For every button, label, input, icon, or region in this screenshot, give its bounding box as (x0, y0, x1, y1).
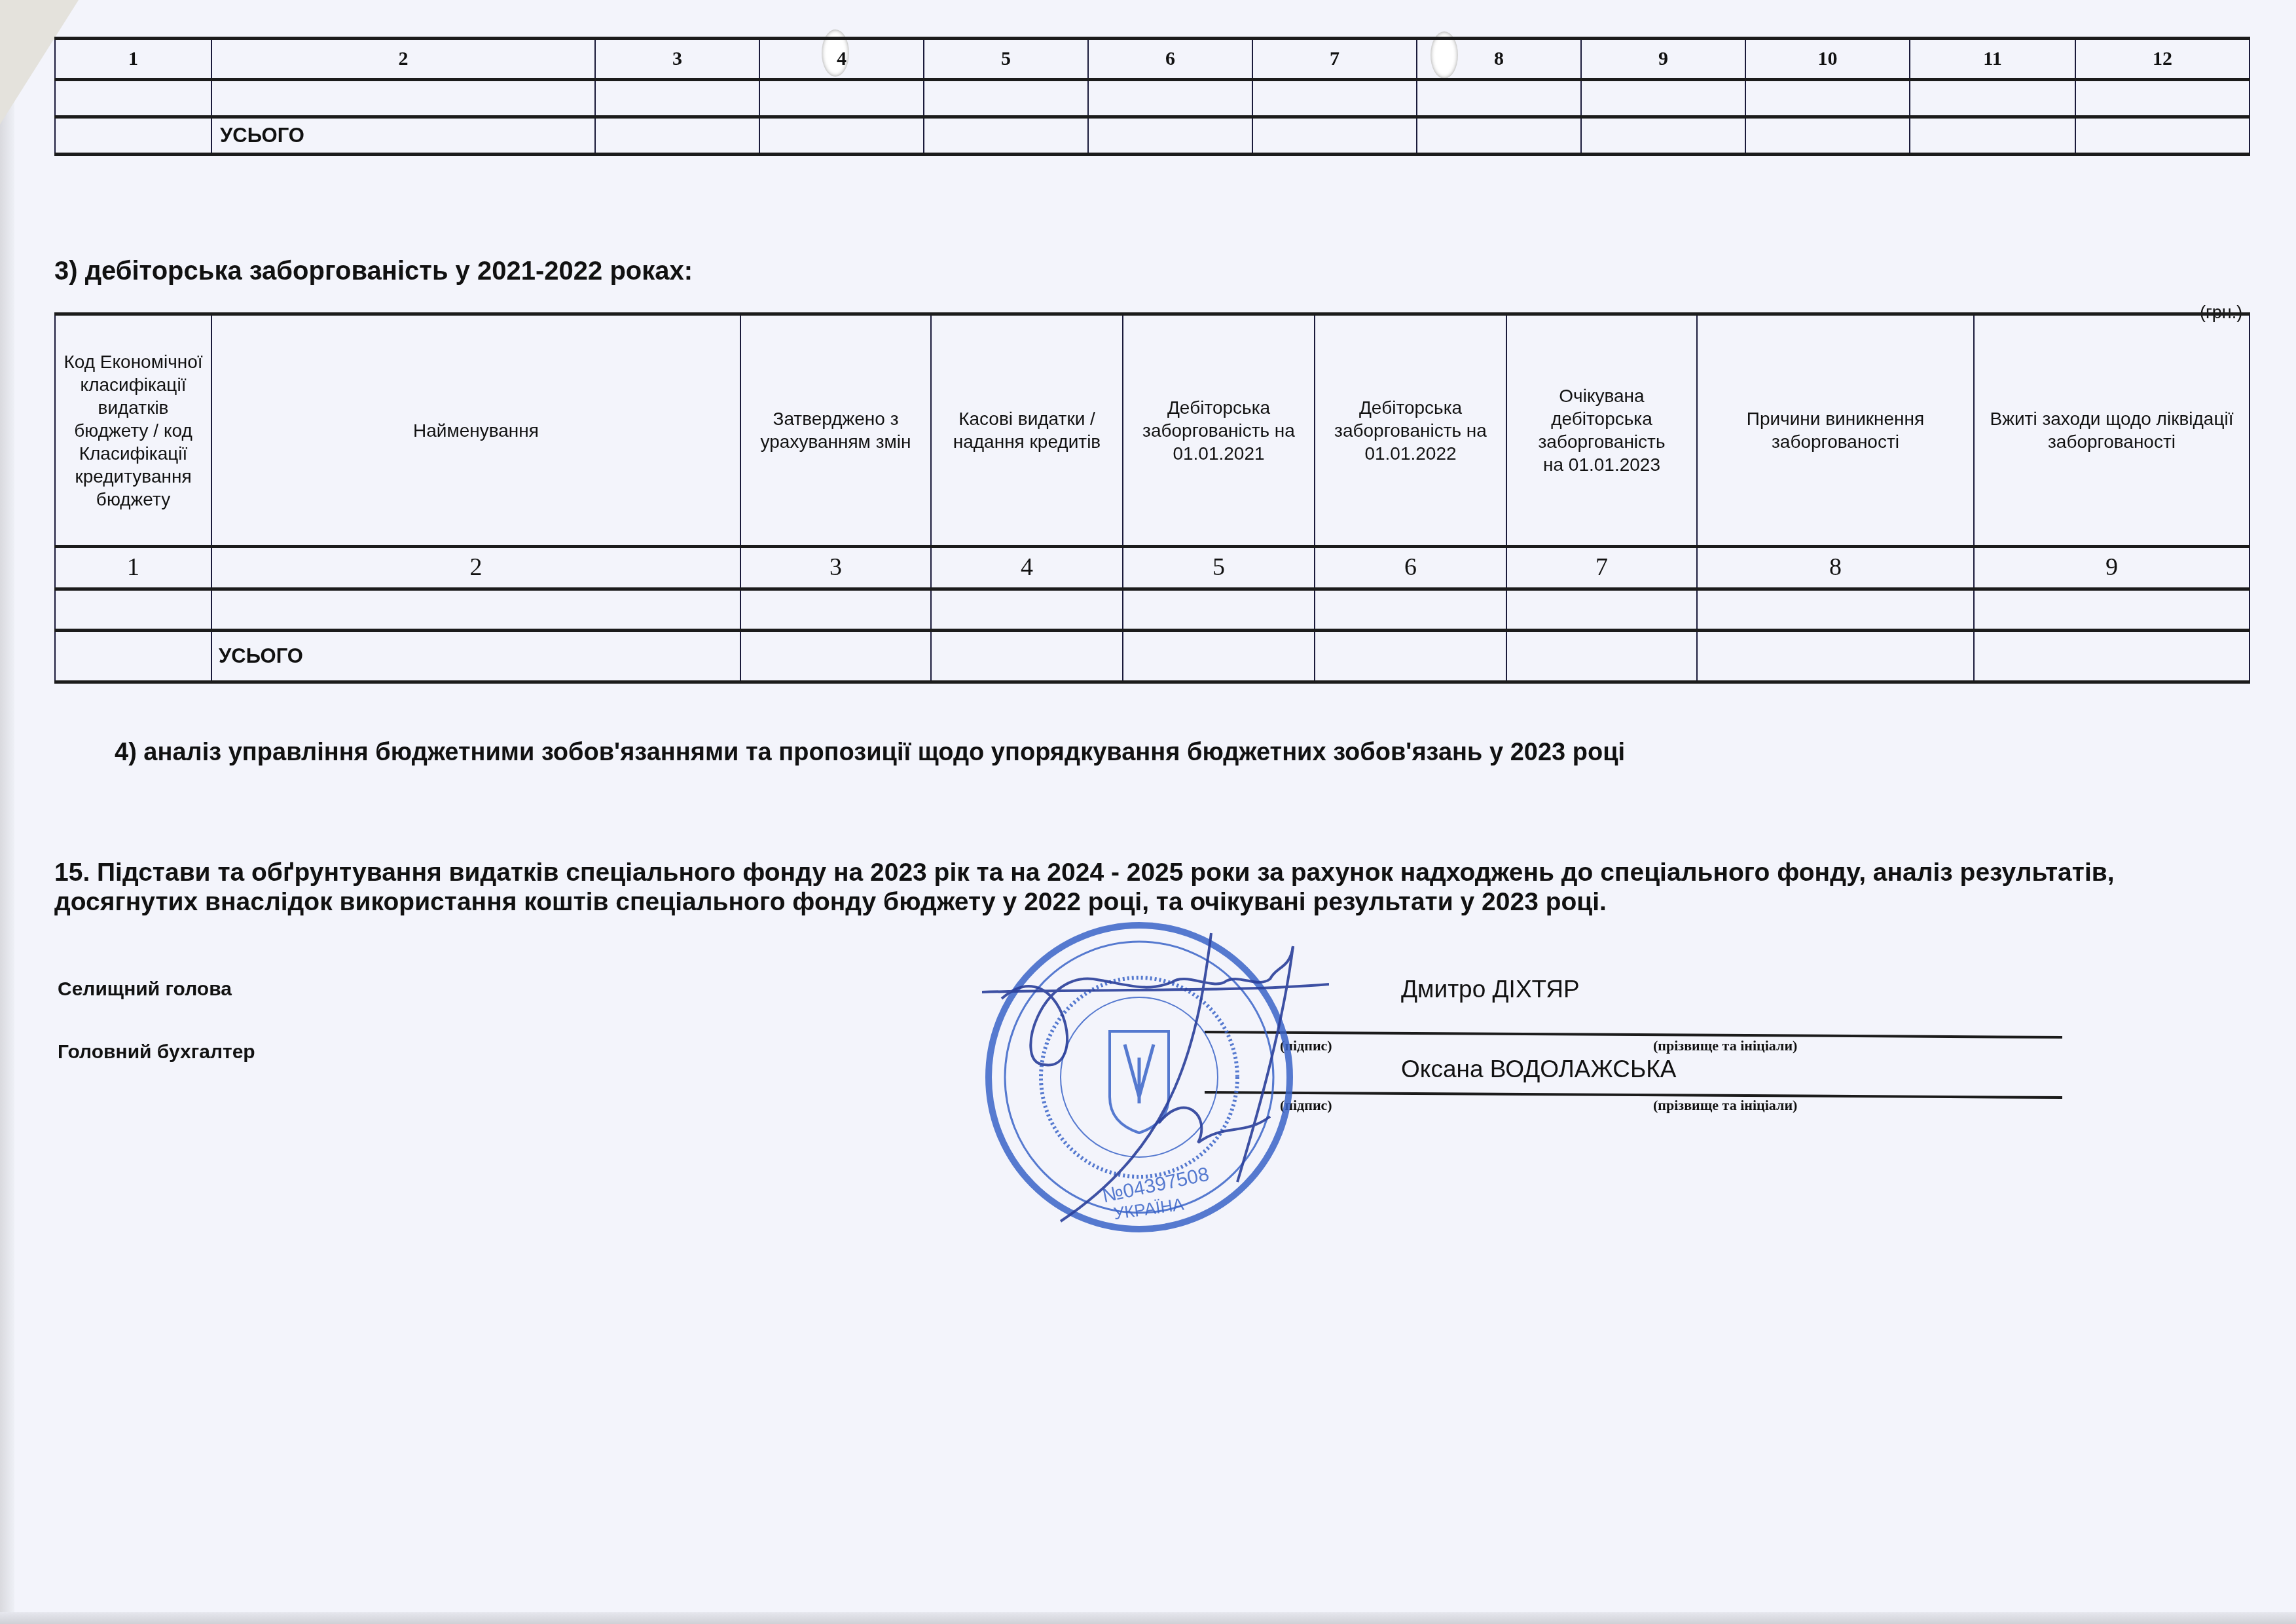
page-edge (0, 0, 14, 1624)
table-cell (1315, 631, 1506, 682)
table-cell (931, 631, 1123, 682)
signatory-name-head: Дмитро ДІХТЯР (1401, 976, 1580, 1003)
table-cell (211, 80, 595, 117)
table-header: Код Економічної класифікації видатків бю… (55, 314, 2250, 547)
table-header-numbers: 1 2 3 4 5 6 7 8 9 10 11 12 (55, 39, 2250, 80)
column-number: 8 (1417, 39, 1581, 80)
table-row (55, 80, 2250, 117)
table-cell (1910, 117, 2075, 155)
table-cell (1581, 80, 1745, 117)
column-header-receivables-2022: Дебіторська заборгованість на 01.01.2022 (1315, 314, 1506, 547)
table-cell (1088, 80, 1252, 117)
name-caption: (прізвище та ініціали) (1653, 1037, 1797, 1054)
section-4-heading: 4) аналіз управління бюджетними зобов'яз… (115, 739, 1625, 767)
column-number: 2 (211, 39, 595, 80)
total-row: УСЬОГО (55, 631, 2250, 682)
column-number: 12 (2075, 39, 2250, 80)
column-number: 7 (1506, 547, 1697, 589)
table-cell (55, 589, 211, 631)
table-cell (595, 117, 759, 155)
signatory-role-accountant: Головний бухгалтер (58, 1041, 255, 1063)
table-cell (1123, 589, 1315, 631)
table-cell (931, 589, 1123, 631)
table-cell (1581, 117, 1745, 155)
table-cell (1697, 589, 1974, 631)
column-number: 6 (1088, 39, 1252, 80)
signature-line (1205, 1091, 2062, 1099)
table-cell (1506, 589, 1697, 631)
table-cell (55, 631, 211, 682)
table-cell (595, 80, 759, 117)
column-number: 2 (211, 547, 740, 589)
official-stamp-icon: №04397508 УКРАЇНА (962, 907, 1329, 1234)
table-cell (740, 631, 931, 682)
column-number: 5 (924, 39, 1088, 80)
column-number: 9 (1581, 39, 1745, 80)
column-header-cash-expenses: Касові видатки / надання кредитів (931, 314, 1123, 547)
table-cell (1910, 80, 2075, 117)
receivables-table: Код Економічної класифікації видатків бю… (54, 312, 2250, 684)
table-cell (1745, 80, 1910, 117)
column-header-expected-receivables-2023: Очікувана дебіторська заборгованість на … (1506, 314, 1697, 547)
page-bottom-edge (0, 1612, 2296, 1624)
table-cell (1252, 117, 1417, 155)
table-cell (740, 589, 931, 631)
table-row (55, 589, 2250, 631)
table-cell (1506, 631, 1697, 682)
table-cell (1697, 631, 1974, 682)
column-header-code: Код Економічної класифікації видатків бю… (55, 314, 211, 547)
column-header-approved: Затверджено з урахуванням змін (740, 314, 931, 547)
column-number: 3 (595, 39, 759, 80)
table-cell (1252, 80, 1417, 117)
table-cell (1417, 80, 1581, 117)
table-cell (55, 117, 211, 155)
table-cell (759, 80, 924, 117)
table-cell (924, 80, 1088, 117)
column-number: 9 (1974, 547, 2250, 589)
table-cell (1123, 631, 1315, 682)
total-label: УСЬОГО (211, 117, 595, 155)
table-cell (2075, 117, 2250, 155)
table-cell (1745, 117, 1910, 155)
table-cell (1088, 117, 1252, 155)
column-number: 4 (759, 39, 924, 80)
column-header-measures: Вжиті заходи щодо ліквідації заборговано… (1974, 314, 2250, 547)
table-cell (1417, 117, 1581, 155)
column-header-name: Найменування (211, 314, 740, 547)
column-number: 7 (1252, 39, 1417, 80)
column-number: 1 (55, 39, 211, 80)
column-number: 10 (1745, 39, 1910, 80)
column-header-reasons: Причини виникнення заборгованості (1697, 314, 1974, 547)
table-cell (759, 117, 924, 155)
table-cell (211, 589, 740, 631)
column-number: 6 (1315, 547, 1506, 589)
total-label: УСЬОГО (211, 631, 740, 682)
continued-table: 1 2 3 4 5 6 7 8 9 10 11 12 УСЬОГО (54, 37, 2250, 156)
table-cell (55, 80, 211, 117)
section-3-heading: 3) дебіторська заборгованість у 2021-202… (54, 257, 693, 286)
column-number: 11 (1910, 39, 2075, 80)
signatory-name-accountant: Оксана ВОДОЛАЖСЬКА (1401, 1056, 1677, 1083)
column-number: 1 (55, 547, 211, 589)
column-number: 8 (1697, 547, 1974, 589)
column-number: 3 (740, 547, 931, 589)
signature-line (1205, 1031, 2062, 1039)
signatory-role-head: Селищний голова (58, 978, 232, 1001)
column-number: 4 (931, 547, 1123, 589)
table-cell (2075, 80, 2250, 117)
table-cell (1974, 631, 2250, 682)
column-number: 5 (1123, 547, 1315, 589)
column-numbers-row: 1 2 3 4 5 6 7 8 9 (55, 547, 2250, 589)
name-caption: (прізвище та ініціали) (1653, 1097, 1797, 1114)
column-header-receivables-2021: Дебіторська заборгованість на 01.01.2021 (1123, 314, 1315, 547)
total-row: УСЬОГО (55, 117, 2250, 155)
table-cell (1974, 589, 2250, 631)
table-cell (924, 117, 1088, 155)
table-cell (1315, 589, 1506, 631)
